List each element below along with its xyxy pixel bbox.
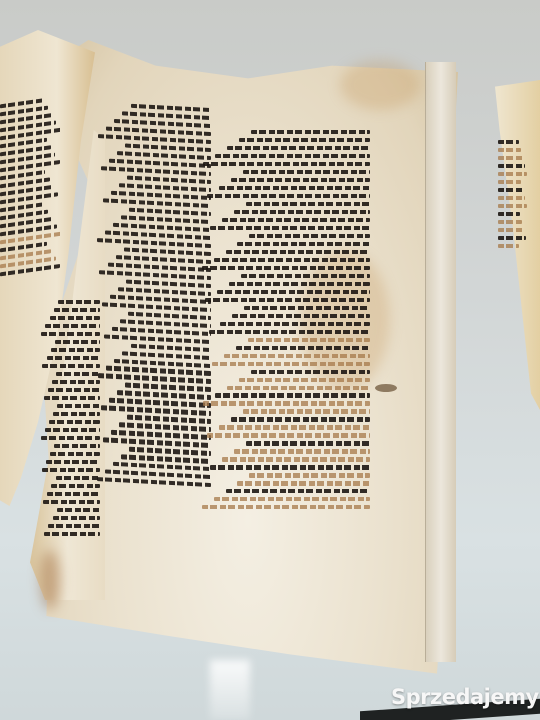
text-line: [118, 287, 211, 296]
text-line: [51, 348, 100, 352]
text-line: [54, 444, 100, 448]
text-line: [98, 134, 211, 144]
text-line: [217, 290, 370, 294]
text-line: [45, 324, 100, 328]
text-line: [248, 338, 370, 342]
text-line: [50, 316, 100, 320]
parchment-hole: [375, 384, 397, 392]
text-line: [53, 412, 100, 416]
text-line: [224, 354, 370, 358]
text-line: [53, 516, 100, 520]
text-line: [222, 457, 370, 461]
parchment-fold-seam: [425, 62, 456, 662]
text-line: [47, 356, 100, 360]
text-line: [48, 524, 100, 528]
text-line: [498, 204, 527, 208]
light-reflection: [210, 660, 250, 720]
text-line: [220, 322, 370, 326]
text-line: [222, 218, 370, 222]
text-line: [498, 156, 523, 160]
text-line: [131, 343, 212, 351]
text-line: [214, 258, 370, 262]
text-line: [42, 468, 100, 472]
text-line: [251, 130, 370, 134]
text-line: [125, 143, 211, 152]
text-line: [498, 228, 524, 232]
text-line: [128, 311, 211, 320]
text-line: [50, 452, 100, 456]
text-line: [57, 404, 100, 408]
text-line: [125, 383, 211, 392]
text-line: [205, 298, 370, 302]
text-line: [246, 441, 370, 445]
text-line: [101, 166, 211, 176]
text-line: [214, 497, 370, 501]
text-line: [249, 234, 370, 238]
text-line: [116, 255, 211, 264]
text-line: [251, 370, 370, 374]
text-line: [244, 306, 370, 310]
text-line: [202, 266, 370, 270]
text-line: [55, 340, 100, 344]
text-line: [226, 489, 371, 493]
parchment-stain: [340, 60, 420, 110]
text-line: [236, 346, 370, 350]
text-line: [103, 198, 211, 208]
text-line: [246, 202, 370, 206]
text-line: [212, 362, 370, 366]
text-line: [498, 140, 519, 144]
text-line: [119, 183, 211, 192]
text-line: [48, 388, 100, 392]
text-line: [127, 415, 211, 424]
text-line: [122, 351, 211, 360]
text-line: [234, 449, 370, 453]
text-line: [47, 492, 100, 496]
text-line: [237, 242, 370, 246]
text-line: [42, 364, 100, 368]
text-line: [210, 465, 370, 469]
text-line: [498, 188, 523, 192]
text-line: [51, 484, 100, 488]
text-line: [121, 455, 211, 464]
text-line: [232, 314, 370, 318]
text-line: [98, 374, 211, 384]
text-line: [99, 270, 211, 280]
text-line: [231, 417, 370, 421]
text-line: [209, 330, 371, 334]
text-column-a: [96, 102, 211, 487]
text-line: [241, 274, 370, 278]
text-column-right: [498, 140, 528, 248]
parchment-stain: [40, 550, 60, 610]
text-line: [44, 532, 100, 536]
text-line: [41, 436, 100, 440]
watermark-text: Sprzedajemy: [391, 685, 539, 709]
text-line: [226, 250, 371, 254]
text-line: [44, 396, 100, 400]
text-line: [52, 380, 100, 384]
text-line: [227, 146, 370, 150]
text-line: [498, 164, 525, 168]
text-line: [227, 386, 370, 390]
text-column-left: [0, 96, 62, 277]
text-column-b: [200, 130, 370, 509]
text-line: [239, 138, 370, 142]
text-line: [498, 220, 522, 224]
photo-scene: Sprzedajemy .pl: [0, 0, 540, 720]
text-line: [57, 508, 100, 512]
text-line: [210, 226, 370, 230]
text-line: [121, 215, 211, 224]
text-line: [129, 208, 211, 216]
text-line: [97, 238, 211, 248]
text-line: [215, 393, 370, 397]
text-line: [104, 334, 211, 344]
text-line: [113, 223, 211, 232]
text-line: [243, 409, 371, 413]
text-line: [229, 282, 370, 286]
text-line: [56, 372, 100, 376]
text-line: [498, 196, 525, 200]
text-line: [215, 154, 370, 158]
text-line: [122, 111, 211, 120]
text-line: [249, 473, 370, 477]
text-line: [231, 178, 370, 182]
text-line: [498, 244, 519, 248]
text-line: [207, 194, 370, 198]
text-line: [120, 319, 211, 328]
text-line: [112, 326, 211, 335]
text-line: [498, 172, 527, 176]
text-line: [126, 279, 211, 288]
text-line: [46, 460, 100, 464]
text-line: [207, 433, 370, 437]
text-line: [498, 180, 521, 184]
text-line: [101, 406, 211, 416]
text-line: [41, 332, 100, 336]
text-line: [110, 294, 211, 303]
text-line: [203, 401, 370, 405]
text-line: [102, 302, 211, 312]
text-line: [129, 447, 211, 455]
text-line: [45, 428, 100, 432]
text-line: [58, 300, 100, 304]
text-line: [203, 162, 370, 166]
text-line: [234, 210, 370, 214]
text-line: [498, 148, 521, 152]
text-line: [498, 236, 526, 240]
text-line: [237, 481, 370, 485]
text-column-torn: [40, 300, 100, 536]
text-line: [43, 500, 100, 504]
text-line: [124, 247, 211, 256]
text-line: [498, 212, 520, 216]
text-line: [119, 423, 211, 432]
text-line: [56, 476, 100, 480]
text-line: [117, 151, 211, 160]
text-line: [54, 308, 100, 312]
watermark: Sprzedajemy .pl: [391, 685, 540, 709]
text-line: [202, 505, 370, 509]
text-line: [127, 175, 211, 184]
text-line: [219, 425, 370, 429]
text-line: [243, 170, 371, 174]
text-line: [219, 186, 370, 190]
text-line: [103, 438, 211, 448]
text-line: [49, 420, 100, 424]
text-line: [239, 378, 370, 382]
